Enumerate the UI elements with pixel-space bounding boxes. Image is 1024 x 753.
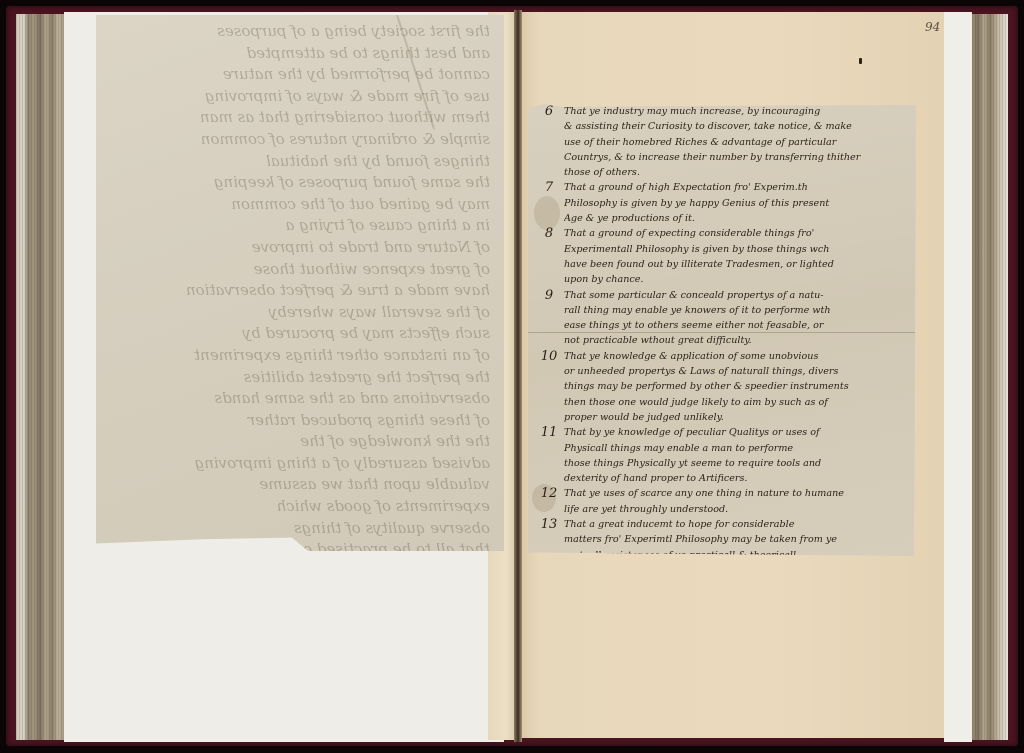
entry-line: then those one would judge likely to aim…: [564, 395, 912, 410]
bleed-line: of these things produced rather: [114, 410, 490, 432]
bleed-line: have made a true & perfect observation: [114, 280, 490, 302]
entry-number: 6: [534, 104, 564, 180]
bleed-line: of an instance other things experiment: [114, 345, 490, 367]
entry-line: That a ground of expecting considerable …: [564, 226, 912, 241]
entry-line: or unheeded propertys & Laws of naturall…: [564, 364, 912, 379]
bleed-through-text: the first society being a of purposes an…: [114, 21, 490, 561]
bleed-line: use of fire made & ways of improving: [114, 86, 490, 108]
entry-line: rall thing may enable ye knowers of it t…: [564, 303, 912, 318]
entry-number: 12: [534, 486, 564, 517]
entry-line: That some particular & conceald property…: [564, 288, 912, 303]
entry-line: those things Physically yt seeme to requ…: [564, 456, 912, 471]
entry-11: 11 That by ye knowledge of peculiar Qual…: [534, 425, 912, 486]
entry-line: & assisting their Curiosity to discover,…: [564, 119, 912, 134]
bleed-line: them without considering that as man: [114, 107, 490, 129]
entry-10: 10 That ye knowledge & application of so…: [534, 349, 912, 425]
right-manuscript-leaf: 6 That ye industry may much increase, by…: [528, 104, 916, 556]
entry-number: 8: [534, 226, 564, 287]
entry-line: That ye uses of scarce any one thing in …: [564, 486, 912, 501]
entry-number: 10: [534, 349, 564, 425]
bleed-line: observe qualitys of things: [114, 518, 490, 540]
entry-line: dexterity of hand proper to Artificers.: [564, 471, 912, 486]
entry-7: 7 That a ground of high Expectation fro'…: [534, 180, 912, 226]
bleed-line: simple & ordinary natures of common: [114, 129, 490, 151]
entry-line: That by ye knowledge of peculiar Quality…: [564, 425, 912, 440]
entry-line: That a great inducemt to hope for consid…: [564, 517, 912, 532]
entry-line: Countrys, & to increase their number by …: [564, 150, 912, 165]
entry-12: 12 That ye uses of scarce any one thing …: [534, 486, 912, 517]
entry-line: That ye knowledge & application of some …: [564, 349, 912, 364]
right-mount-sheet: [944, 12, 972, 742]
entry-line: those of others.: [564, 165, 912, 180]
left-page-stack-edge: [16, 14, 66, 740]
bleed-line: the perfect the greatest abilities: [114, 367, 490, 389]
ink-mark: [859, 58, 862, 64]
bleed-line: the the knowledge of the: [114, 431, 490, 453]
bleed-line: may be gained out of the common: [114, 194, 490, 216]
entry-line: not practicable wthout great difficulty.: [564, 333, 912, 348]
entry-number: 11: [534, 425, 564, 486]
entry-line: That a ground of high Expectation fro' E…: [564, 180, 912, 195]
bleed-line: valuable upon that we assume: [114, 474, 490, 496]
entry-line: Experimentall Philosophy is given by tho…: [564, 242, 912, 257]
entry-6: 6 That ye industry may much increase, by…: [534, 104, 912, 180]
bleed-line: thinges found by the habitual: [114, 151, 490, 173]
left-manuscript-leaf: the first society being a of purposes an…: [96, 15, 504, 551]
entry-8: 8 That a ground of expecting considerabl…: [534, 226, 912, 287]
bleed-line: the first society being a of purposes: [114, 21, 490, 43]
bleed-line: advised assuredly of a thing improving: [114, 453, 490, 475]
entry-line: have been found out by illiterate Trades…: [564, 257, 912, 272]
entry-number: 7: [534, 180, 564, 226]
bleed-line: such effects may be procured by: [114, 323, 490, 345]
folio-number: 94: [925, 20, 940, 34]
bleed-line: the same found purposes of keeping: [114, 172, 490, 194]
bleed-line: experiments of goods which: [114, 496, 490, 518]
bleed-line: of the severall ways whereby: [114, 302, 490, 324]
bleed-line: in a thing cause of trying a: [114, 215, 490, 237]
entry-line: upon by chance.: [564, 272, 912, 287]
book-gutter: [514, 10, 522, 742]
bleed-line: and best things to be attempted: [114, 43, 490, 65]
bleed-line: of great expence without those: [114, 259, 490, 281]
entry-line: proper would be judged unlikely.: [564, 410, 912, 425]
entry-line: ease things yt to others seeme either no…: [564, 318, 912, 333]
entry-line: use of their homebred Riches & advantage…: [564, 135, 912, 150]
bleed-line: cannot be performed by the nature: [114, 64, 490, 86]
entry-9: 9 That some particular & conceald proper…: [534, 288, 912, 349]
bleed-line: of Nature and trade to improve: [114, 237, 490, 259]
entry-line: life are yet throughly understood.: [564, 502, 912, 517]
entry-line: Philosophy is given by ye happy Genius o…: [564, 196, 912, 211]
entry-line: Age & ye productions of it.: [564, 211, 912, 226]
bleed-line: observations and as the same hands: [114, 388, 490, 410]
entry-line: Physicall things may enable a man to per…: [564, 441, 912, 456]
right-page-stack-edge: [972, 14, 1008, 740]
entry-number: 9: [534, 288, 564, 349]
entry-line: things may be performed by other & speed…: [564, 379, 912, 394]
entry-line: matters fro' Experimtl Philosophy may be…: [564, 532, 912, 547]
